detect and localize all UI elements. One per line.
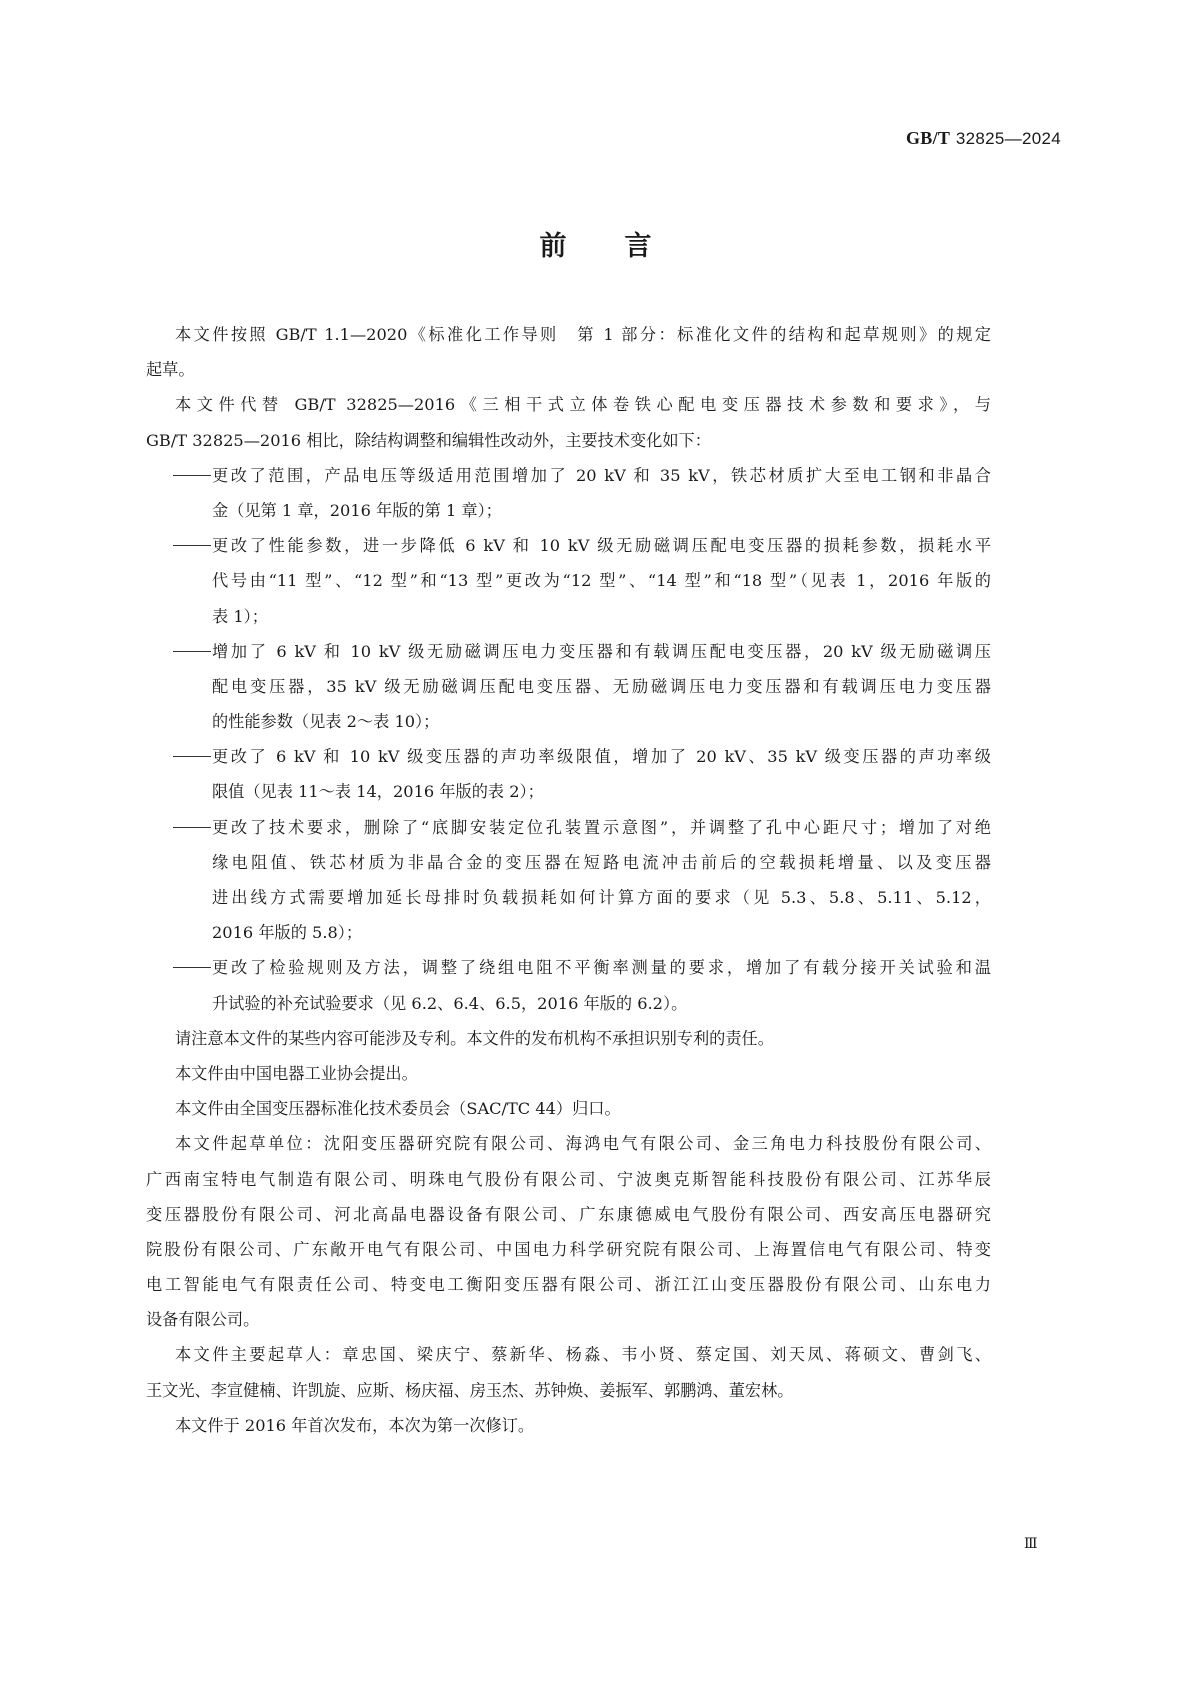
text-line: 升试验的补充试验要求（见 6.2、6.4、6.5，2016 年版的 6.2）。 (146, 986, 991, 1021)
text-line: 本文件按照 GB/T 1.1—2020《标准化工作导则 第 1 部分：标准化文件… (146, 317, 991, 352)
text-span: 更改了检验规则及方法，调整了绕组电阻不平衡率测量的要求，增加了有载分接开关试验和… (212, 958, 991, 977)
paragraph-drafting-rules: 本文件按照 GB/T 1.1—2020《标准化工作导则 第 1 部分：标准化文件… (146, 317, 991, 387)
text-line: 缘电阻值、铁芯材质为非晶合金的变压器在短路电流冲击前后的空载损耗增量、以及变压器 (146, 845, 991, 880)
paragraph-main-drafters: 本文件主要起草人：章忠国、梁庆宁、蔡新华、杨淼、韦小贤、蔡定国、刘天凤、蒋硕文、… (146, 1337, 991, 1407)
text-span: 更改了技术要求，删除了“底脚安装定位孔装置示意图”，并调整了孔中心距尺寸；增加了… (212, 818, 991, 837)
text-line: 更改了 6 kV 和 10 kV 级变压器的声功率级限值，增加了 20 kV、3… (146, 739, 991, 774)
change-item: 更改了技术要求，删除了“底脚安装定位孔装置示意图”，并调整了孔中心距尺寸；增加了… (146, 810, 991, 951)
text-line: 配电变压器，35 kV 级无励磁调压配电变压器、无励磁调压电力变压器和有载调压电… (146, 669, 991, 704)
text-line: 更改了检验规则及方法，调整了绕组电阻不平衡率测量的要求，增加了有载分接开关试验和… (146, 950, 991, 985)
standard-prefix: GB/T (906, 128, 950, 148)
text-line: 进出线方式需要增加延长母排时负载损耗如何计算方面的要求（见 5.3、5.8、5.… (146, 880, 991, 915)
page-header: GB/T 32825—2024 (906, 128, 1061, 149)
text-line: 广西南宝特电气制造有限公司、明珠电气股份有限公司、宁波奥克斯智能科技股份有限公司… (146, 1162, 991, 1197)
text-span: 更改了 6 kV 和 10 kV 级变压器的声功率级限值，增加了 20 kV、3… (212, 747, 991, 766)
text-line: 变压器股份有限公司、河北高晶电器设备有限公司、广东康德威电气股份有限公司、西安高… (146, 1197, 991, 1232)
dash-bullet (173, 545, 211, 546)
text-line: 更改了性能参数，进一步降低 6 kV 和 10 kV 级无励磁调压配电变压器的损… (146, 528, 991, 563)
change-item: 更改了性能参数，进一步降低 6 kV 和 10 kV 级无励磁调压配电变压器的损… (146, 528, 991, 634)
dash-bullet (173, 756, 211, 757)
text-line: 限值（见表 11～表 14，2016 年版的表 2）； (146, 774, 991, 809)
text-line: 院股份有限公司、广东敞开电气有限公司、中国电力科学研究院有限公司、上海置信电气有… (146, 1232, 991, 1267)
change-item: 增加了 6 kV 和 10 kV 级无励磁调压电力变压器和有载调压配电变压器，2… (146, 634, 991, 740)
text-line: 金（见第 1 章，2016 年版的第 1 章）； (146, 493, 991, 528)
paragraph-drafting-units: 本文件起草单位：沈阳变压器研究院有限公司、海鸿电气有限公司、金三角电力科技股份有… (146, 1126, 991, 1337)
dash-bullet (173, 475, 211, 476)
text-span: 增加了 6 kV 和 10 kV 级无励磁调压电力变压器和有载调压配电变压器，2… (212, 642, 991, 661)
publication-history: 本文件于 2016 年首次发布，本次为第一次修订。 (146, 1408, 991, 1443)
text-line: 更改了技术要求，删除了“底脚安装定位孔装置示意图”，并调整了孔中心距尺寸；增加了… (146, 810, 991, 845)
standard-number: 32825—2024 (956, 129, 1061, 148)
text-line: 电工智能电气有限责任公司、特变电工衡阳变压器有限公司、浙江江山变压器股份有限公司… (146, 1267, 991, 1302)
title-char-1: 前 (540, 224, 567, 263)
dash-bullet (173, 967, 211, 968)
text-line: 更改了范围，产品电压等级适用范围增加了 20 kV 和 35 kV，铁芯材质扩大… (146, 458, 991, 493)
text-span: 更改了范围，产品电压等级适用范围增加了 20 kV 和 35 kV，铁芯材质扩大… (212, 466, 991, 485)
proposed-by: 本文件由中国电器工业协会提出。 (146, 1056, 991, 1091)
change-item: 更改了检验规则及方法，调整了绕组电阻不平衡率测量的要求，增加了有载分接开关试验和… (146, 950, 991, 1020)
page-title: 前言 (0, 224, 1191, 263)
text-line: 增加了 6 kV 和 10 kV 级无励磁调压电力变压器和有载调压配电变压器，2… (146, 634, 991, 669)
text-line: 设备有限公司。 (146, 1302, 991, 1337)
change-item: 更改了 6 kV 和 10 kV 级变压器的声功率级限值，增加了 20 kV、3… (146, 739, 991, 809)
text-line: 本文件代替 GB/T 32825—2016《三相干式立体卷铁心配电变压器技术参数… (146, 387, 991, 422)
text-span: 更改了性能参数，进一步降低 6 kV 和 10 kV 级无励磁调压配电变压器的损… (212, 536, 991, 555)
title-char-2: 言 (625, 224, 652, 263)
text-line: 代号由“11 型”、“12 型”和“13 型”更改为“12 型”、“14 型”和… (146, 563, 991, 598)
text-line: 本文件主要起草人：章忠国、梁庆宁、蔡新华、杨淼、韦小贤、蔡定国、刘天凤、蒋硕文、… (146, 1337, 991, 1372)
preface-body: 本文件按照 GB/T 1.1—2020《标准化工作导则 第 1 部分：标准化文件… (146, 317, 991, 1443)
dash-bullet (173, 651, 211, 652)
text-line: 起草。 (146, 352, 991, 387)
text-line: 本文件起草单位：沈阳变压器研究院有限公司、海鸿电气有限公司、金三角电力科技股份有… (146, 1126, 991, 1161)
text-line: 的性能参数（见表 2～表 10）； (146, 704, 991, 739)
change-item: 更改了范围，产品电压等级适用范围增加了 20 kV 和 35 kV，铁芯材质扩大… (146, 458, 991, 528)
page-number: Ⅲ (1024, 1536, 1037, 1552)
text-line: GB/T 32825—2016 相比，除结构调整和编辑性改动外，主要技术变化如下… (146, 423, 991, 458)
centralized-by: 本文件由全国变压器标准化技术委员会（SAC/TC 44）归口。 (146, 1091, 991, 1126)
patent-notice: 请注意本文件的某些内容可能涉及专利。本文件的发布机构不承担识别专利的责任。 (146, 1021, 991, 1056)
text-line: 表 1）； (146, 599, 991, 634)
paragraph-replacement: 本文件代替 GB/T 32825—2016《三相干式立体卷铁心配电变压器技术参数… (146, 387, 991, 457)
text-line: 2016 年版的 5.8）； (146, 915, 991, 950)
text-line: 王文光、李宣健楠、许凯旋、应斯、杨庆福、房玉杰、苏钟焕、姜振军、郭鹏鸿、董宏林。 (146, 1373, 991, 1408)
dash-bullet (173, 827, 211, 828)
